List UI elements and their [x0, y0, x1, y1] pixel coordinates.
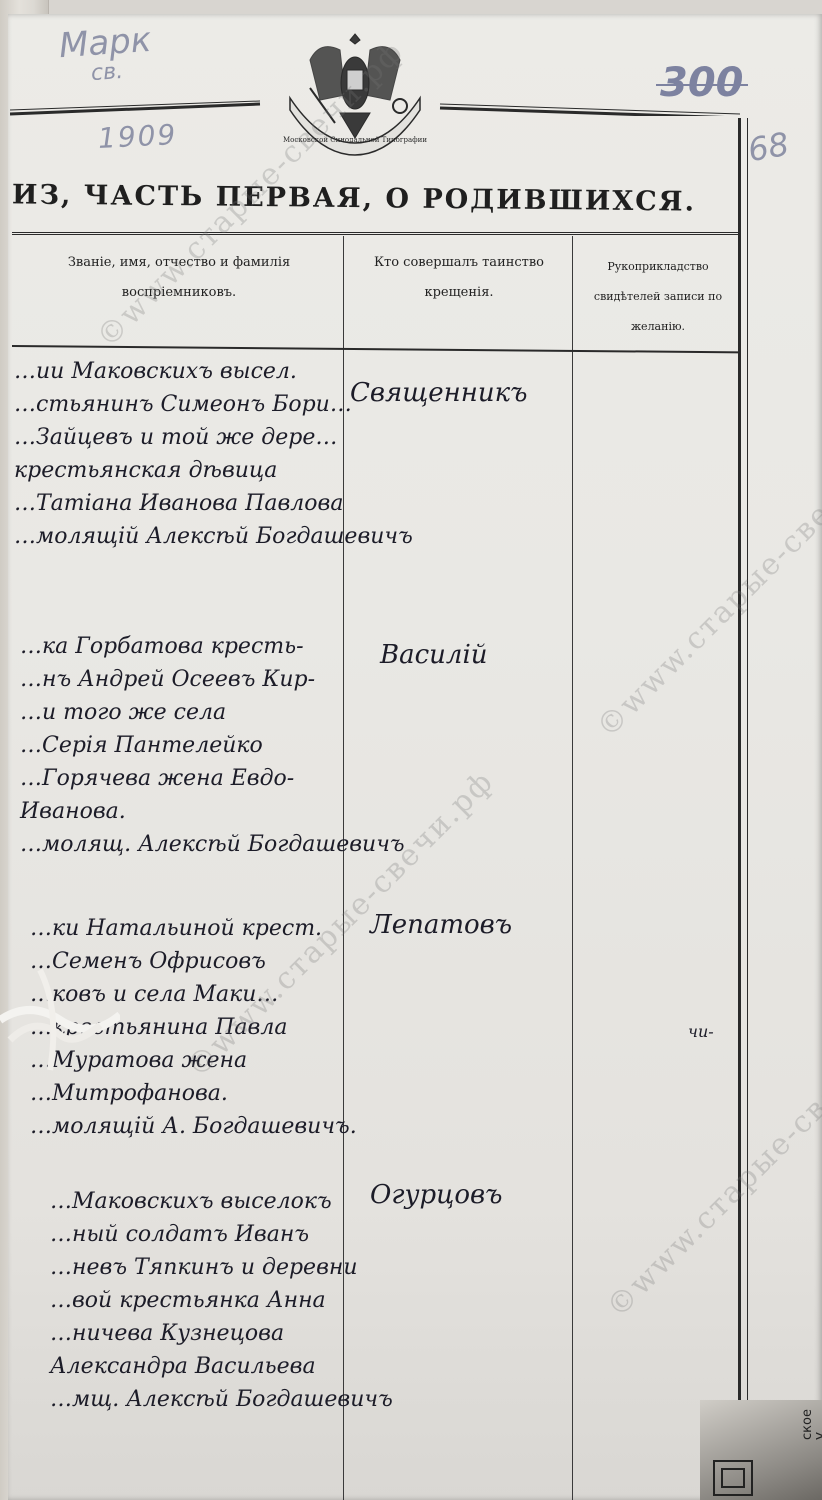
pencil-name-note: Марк св. — [58, 25, 154, 91]
column-divider-2 — [572, 236, 573, 1500]
binding-string — [0, 960, 120, 1080]
entry-1-priest: Священникъ — [350, 378, 528, 408]
spine-label: ское У — [800, 1409, 822, 1440]
entry-2-priest: Василій — [380, 640, 488, 670]
archive-stamp-icon — [713, 1460, 753, 1496]
column-header-priest: Кто совершалъ таинство крещенія. — [350, 248, 568, 308]
entry-2-godparents: …ка Горбатова кресть- …нъ Андрей Осеевъ … — [20, 630, 405, 861]
frame-right-border — [738, 118, 748, 1500]
header-top-rule — [12, 232, 740, 235]
entry-3-witness: чи- — [688, 1022, 714, 1041]
column-header-witnesses: Рукоприкладство свидѣтелей записи по жел… — [578, 252, 738, 342]
pencil-sheet-number: 68 — [745, 125, 792, 169]
entry-3-priest: Лепатовъ — [370, 910, 512, 940]
entry-4-priest: Огурцовъ — [370, 1180, 502, 1210]
pencil-year: 1909 — [97, 118, 178, 155]
entry-4-godparents: …Маковскихъ выселокъ …ный солдатъ Иванъ … — [50, 1185, 393, 1416]
